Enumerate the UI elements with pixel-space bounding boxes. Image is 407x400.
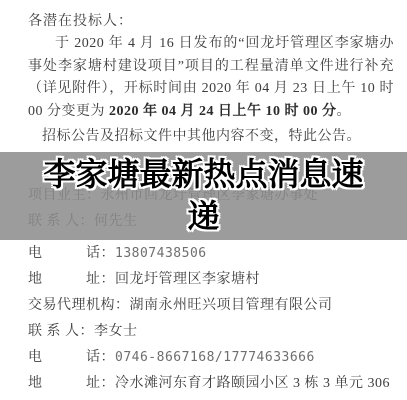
contact-row-agency: 交易代理机构：湖南永州旺兴项目管理有限公司 (28, 294, 401, 314)
contact-row-owner-address: 地 址：回龙圩管理区李家塘村 (28, 268, 401, 288)
contact-row-agency-phone: 电 话：0746-8667168/17774633666 (28, 346, 401, 366)
contact-value: 李女士 (94, 324, 138, 339)
contact-label: 交易代理机构： (28, 294, 130, 314)
contact-row-agency-contact: 联 系 人：李女士 (28, 320, 401, 340)
caption-title-line-2: 递 (187, 195, 219, 237)
contact-row-agency-address: 地 址：冷水滩河东育才路颐园小区 3 栋 3 单元 306 (28, 372, 401, 392)
caption-title-line-1: 李家塘最新热点消息速 (43, 153, 363, 195)
contact-value: 回龙圩管理区李家塘村 (115, 272, 260, 287)
contact-value: 湖南永州旺兴项目管理有限公司 (130, 298, 333, 313)
supplement-text-after: 。 (337, 104, 352, 119)
document-page: 各潜在投标人： 于 2020 年 4 月 16 日发布的“回龙圩管理区李家塘办事… (0, 0, 407, 400)
contact-label: 电 话： (28, 242, 115, 262)
caption-title: 李家塘最新热点消息速 递 (0, 153, 407, 241)
contact-value: 冷水滩河东育才路颐园小区 3 栋 3 单元 306 (115, 376, 390, 391)
contact-label: 地 址： (28, 372, 115, 392)
contact-value: 13807438506 (115, 246, 207, 261)
contact-value: 0746-8667168/17774633666 (115, 350, 315, 365)
supplement-paragraph: 于 2020 年 4 月 16 日发布的“回龙圩管理区李家塘办事处李家塘村建设项… (28, 33, 394, 123)
contact-label: 联 系 人： (28, 320, 94, 340)
salutation-line: 各潜在投标人： (28, 10, 133, 30)
new-bid-opening-time: 2020 年 04 月 24 日上午 10 时 00 分 (109, 104, 337, 119)
notice-paragraph: 招标公告及招标文件中其他内容不变，特此公告。 (28, 126, 394, 148)
contact-label: 电 话： (28, 346, 115, 366)
contact-row-owner-phone: 电 话：13807438506 (28, 242, 401, 262)
contact-label: 地 址： (28, 268, 115, 288)
